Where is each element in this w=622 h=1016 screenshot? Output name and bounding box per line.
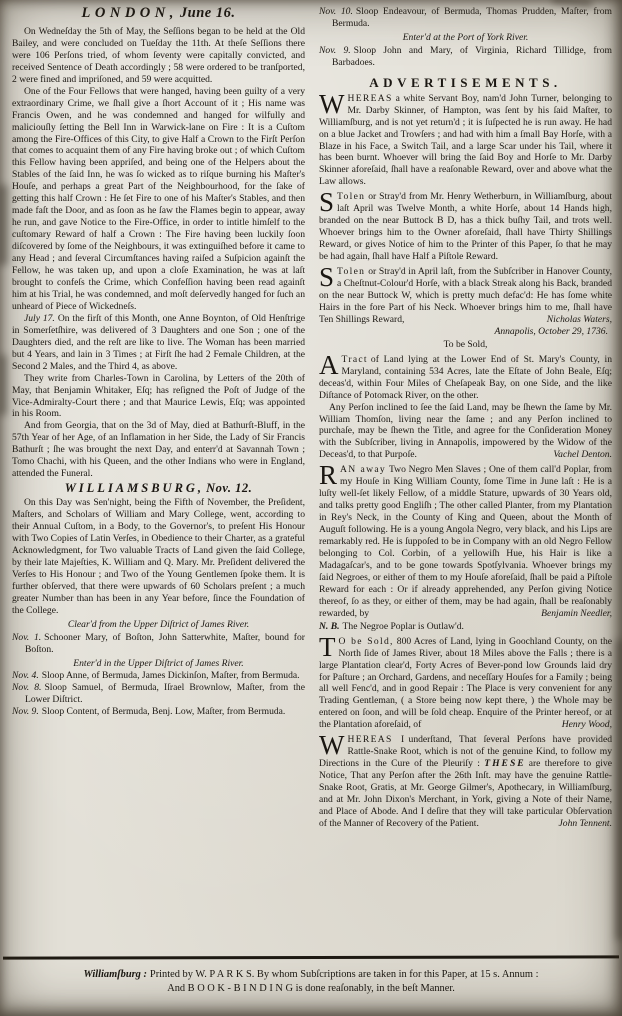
entry-date: Nov. 8.: [12, 682, 41, 693]
drop-cap: T: [319, 636, 339, 658]
shipping-entry: Nov. 9.Sloop John and Mary, of Virginia,…: [319, 45, 612, 69]
news-paragraph-georgia: And from Georgia, that on the 3d of May,…: [12, 420, 305, 480]
paragraph-text: One of the Four Fellows that were hanged…: [12, 86, 305, 312]
paragraph-text: They write from Charles-Town in Carolina…: [12, 373, 305, 420]
ad-signature: Henry Wood,: [562, 719, 612, 731]
ad-signature: John Tennent.: [559, 818, 612, 830]
ad-lead: O be Sold,: [339, 636, 394, 647]
ad-nb-note: N. B.The Negroe Poplar is Outlaw'd.: [319, 621, 612, 633]
dateline-city: LONDON,: [82, 6, 178, 21]
ad-land-st-marys: ATractof Land lying at the Lower End of …: [319, 354, 612, 402]
drop-cap: W: [319, 93, 347, 115]
imprint-line-1: Williamſburg :Printed by W. P A R K S. B…: [8, 968, 614, 982]
right-column: Nov. 10.Sloop Endeavour, of Bermuda, Tho…: [319, 6, 612, 954]
ad-signature: Benjamin Needler,: [541, 608, 612, 620]
drop-cap: S: [319, 191, 337, 213]
london-dateline: LONDON,June 16.: [12, 8, 305, 20]
entry-text: Sloop Content, of Bermuda, Benj. Low, Ma…: [42, 706, 286, 717]
drop-cap: W: [319, 734, 347, 756]
page-body: LONDON,June 16. On Wedneſday the 5th of …: [12, 6, 612, 954]
entry-date: Nov. 1.: [12, 632, 41, 643]
ad-lead: Tolen: [337, 191, 365, 202]
entry-date: Nov. 9.: [319, 45, 351, 56]
ad-lead: Tract: [342, 354, 368, 365]
ad-runaway-servant: WHEREASa white Servant Boy, nam'd John T…: [319, 93, 612, 189]
shipping-header-entered: Enter'd in the Upper Diſtrict of James R…: [12, 658, 305, 670]
scan-smudge: [0, 185, 8, 265]
news-paragraph-births: July 17.On the firſt of this Month, one …: [12, 313, 305, 373]
entry-date: Nov. 4.: [12, 670, 39, 681]
ad-land-goochland: TO be Sold,800 Acres of Land, lying in G…: [319, 636, 612, 732]
news-paragraph-sessions: On Wedneſday the 5th of May, the Seſſion…: [12, 26, 305, 86]
ad-signature: Vachel Denton.: [543, 449, 612, 461]
dateline-date: June 16.: [180, 6, 236, 21]
dateline-city: WILLIAMSBURG,: [65, 481, 204, 495]
advertisements-heading: ADVERTISEMENTS.: [319, 77, 612, 89]
drop-cap: R: [319, 464, 340, 486]
paragraph-lead: July 17.: [24, 313, 55, 324]
entry-text: Schooner Mary, of Boſton, John Satterwhi…: [25, 632, 305, 655]
entry-text: Sloop John and Mary, of Virginia, Richar…: [332, 45, 612, 68]
drop-cap: A: [319, 354, 342, 376]
imprint-place: Williamſburg :: [84, 969, 147, 980]
paragraph-text: On the firſt of this Month, one Anne Boy…: [12, 313, 305, 372]
ad-rattlesnake-root: WHEREAS Iunderſtand, That ſeveral Perſon…: [319, 734, 612, 830]
entry-text: Sloop Anne, of Bermuda, James Dickinſon,…: [42, 670, 300, 681]
shipping-entry: Nov. 9.Sloop Content, of Bermuda, Benj. …: [12, 706, 305, 718]
shipping-entry: Nov. 10.Sloop Endeavour, of Bermuda, Tho…: [319, 6, 612, 30]
left-column: LONDON,June 16. On Wedneſday the 5th of …: [12, 6, 305, 954]
ad-lead: AN away: [340, 464, 386, 475]
entry-date: Nov. 9.: [12, 706, 39, 717]
ad-lead: HEREAS: [347, 93, 392, 104]
nb-lead: N. B.: [319, 621, 340, 632]
ad-text: 800 Acres of Land, lying in Goochland Co…: [319, 636, 612, 731]
newspaper-page: LONDON,June 16. On Wedneſday the 5th of …: [0, 0, 622, 1016]
entry-date: Nov. 10.: [319, 6, 353, 17]
printer-imprint: Williamſburg :Printed by W. P A R K S. B…: [8, 968, 614, 995]
imprint-text: Printed by W. P A R K S. By whom Subſcri…: [150, 969, 539, 980]
paragraph-text: On Wedneſday the 5th of May, the Seſſion…: [12, 26, 305, 85]
paragraph-text: And from Georgia, that on the 3d of May,…: [12, 420, 305, 479]
nb-text: The Negroe Poplar is Outlaw'd.: [343, 621, 464, 632]
ad-runaway-slaves: RAN awayTwo Negro Men Slaves ; One of th…: [319, 464, 612, 619]
shipping-entry: Nov. 8.Sloop Samuel, of Bermuda, Iſrael …: [12, 682, 305, 706]
entry-text: Sloop Samuel, of Bermuda, Iſrael Brownlo…: [25, 682, 305, 705]
ad-text: Two Negro Men Slaves ; One of them call'…: [319, 464, 612, 618]
ad-strayed-horse-wetherburn: STolenor Stray'd from Mr. Henry Wetherbu…: [319, 191, 612, 263]
shipping-header-cleared: Clear'd from the Upper Diſtrict of James…: [12, 619, 305, 631]
ad-signature: Nicholas Waters,: [547, 314, 612, 326]
ad-strayed-horse-hanover: STolenor Stray'd in April laſt, from the…: [319, 266, 612, 326]
imprint-line-2: And B O O K - B I N D I N G is done reaſ…: [8, 982, 614, 996]
scan-smudge: [0, 355, 7, 415]
entry-text: Sloop Endeavour, of Bermuda, Thomas Prud…: [332, 6, 612, 29]
notice-lead: THESE: [484, 758, 525, 769]
scan-smudge: [616, 640, 622, 940]
ad-text: a white Servant Boy, nam'd John Turner, …: [319, 93, 612, 188]
shipping-entry: Nov. 4.Sloop Anne, of Bermuda, James Dic…: [12, 670, 305, 682]
news-paragraph-college: On this Day was Sen'night, being the Fif…: [12, 497, 305, 617]
drop-cap: S: [319, 266, 337, 288]
dateline-date: Nov. 12.: [206, 481, 252, 495]
williamsburg-dateline: WILLIAMSBURG,Nov. 12.: [12, 483, 305, 495]
to-be-sold-heading: To be Sold,: [319, 339, 612, 351]
ad-lead: Tolen: [337, 266, 365, 277]
shipping-entry: Nov. 1.Schooner Mary, of Boſton, John Sa…: [12, 632, 305, 656]
ad-lead: HEREAS I: [347, 734, 405, 745]
annapolis-dateline: Annapolis, October 29, 1736.: [319, 326, 612, 338]
footer-rule: [3, 955, 619, 959]
news-paragraph-carolina: They write from Charles-Town in Carolina…: [12, 373, 305, 421]
news-paragraph-arson: One of the Four Fellows that were hanged…: [12, 86, 305, 313]
shipping-header-york: Enter'd at the Port of York River.: [319, 32, 612, 44]
ad-land-st-marys-details: Any Perſon inclined to ſee the ſaid Land…: [319, 402, 612, 462]
paragraph-text: On this Day was Sen'night, being the Fif…: [12, 497, 305, 616]
